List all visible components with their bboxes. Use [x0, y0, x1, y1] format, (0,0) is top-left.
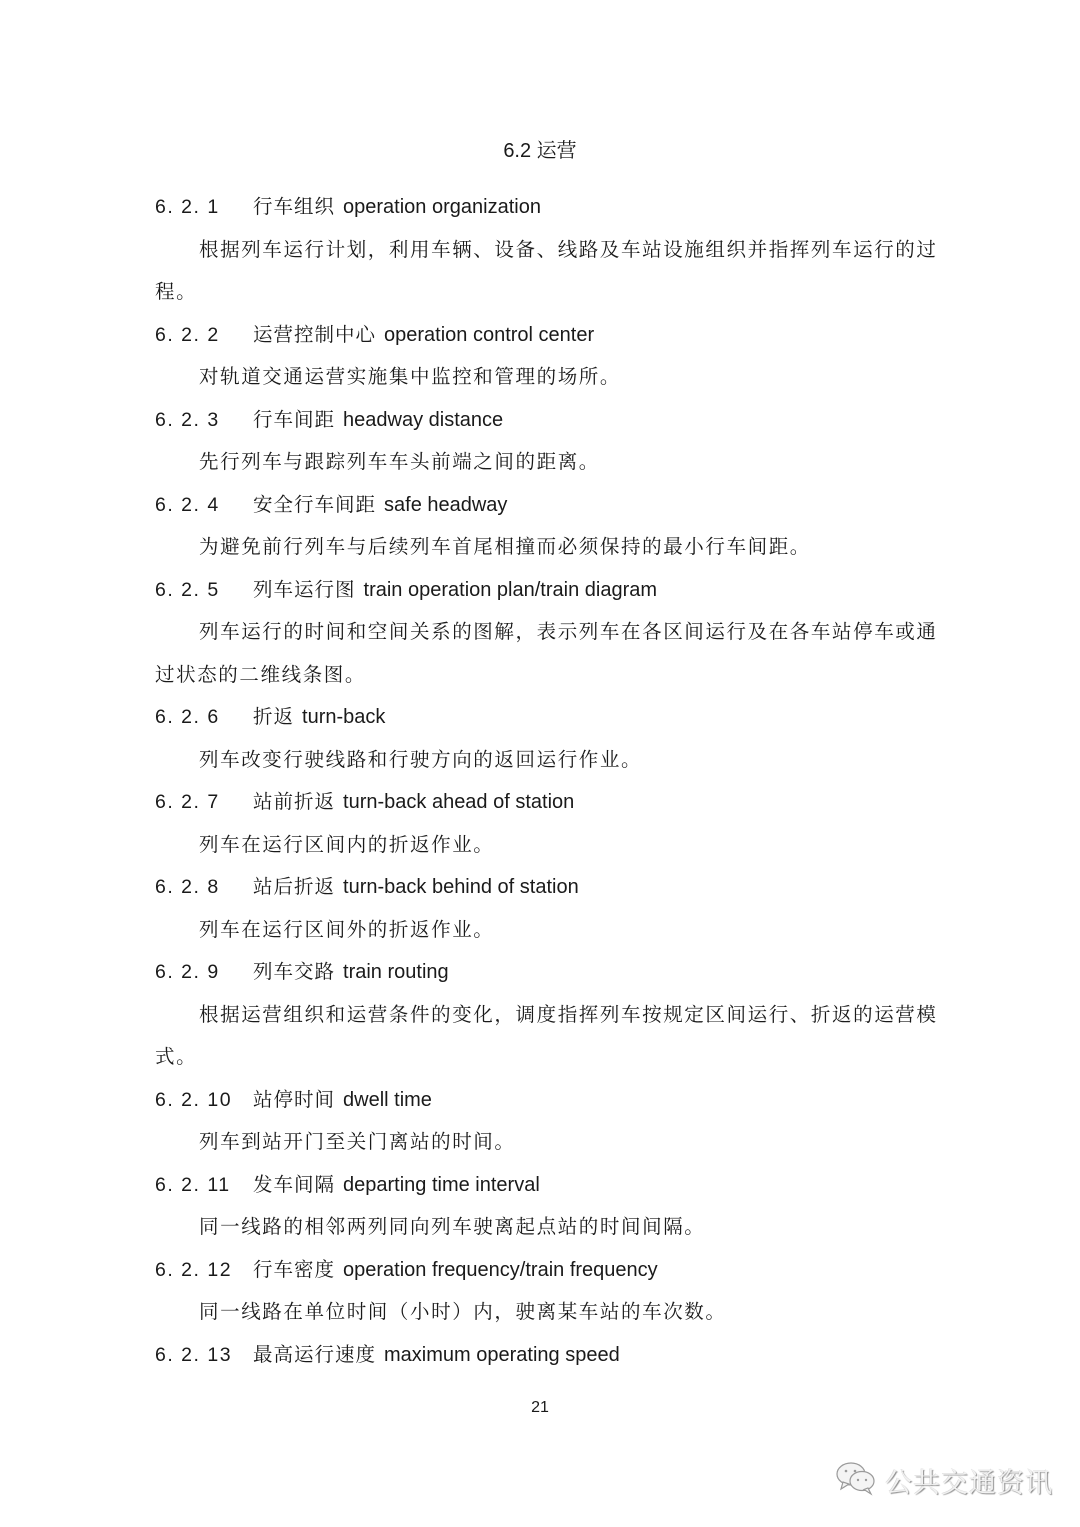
term-chinese: 发车间隔	[253, 1173, 335, 1196]
term-english: turn-back ahead of station	[343, 791, 574, 813]
term-english: maximum operating speed	[384, 1344, 620, 1366]
term-number: 6. 2. 3	[155, 406, 253, 434]
term-chinese: 列车交路	[253, 960, 335, 983]
term-english: train routing	[343, 961, 449, 983]
section-title: 6.2 运营	[0, 138, 1080, 164]
term-definition: 列车改变行驶线路和行驶方向的返回运行作业。	[155, 739, 945, 782]
term-chinese: 站后折返	[253, 875, 335, 898]
term-number: 6. 2. 1	[155, 193, 253, 221]
term-definition: 对轨道交通运营实施集中监控和管理的场所。	[155, 356, 945, 399]
term-chinese: 行车密度	[253, 1258, 335, 1281]
term-list: 6. 2. 1行车组织operation organization 根据列车运行…	[155, 193, 945, 1383]
wechat-icon	[835, 1460, 877, 1500]
term-english: turn-back behind of station	[343, 876, 579, 898]
term-chinese: 运营控制中心	[253, 323, 376, 346]
term-definition: 同一线路在单位时间（小时）内，驶离某车站的车次数。	[155, 1291, 945, 1334]
watermark-text: 公共交通资讯	[885, 1461, 1053, 1500]
term-chinese: 最高运行速度	[253, 1343, 376, 1366]
term-number: 6. 2. 8	[155, 873, 253, 901]
term-heading: 6. 2. 13最高运行速度maximum operating speed	[155, 1341, 945, 1384]
term-definition: 列车到站开门至关门离站的时间。	[155, 1121, 945, 1164]
term-number: 6. 2. 6	[155, 703, 253, 731]
term-number: 6. 2. 9	[155, 958, 253, 986]
term-definition: 根据运营组织和运营条件的变化，调度指挥列车按规定区间运行、折返的运营模式。	[155, 994, 945, 1079]
term-definition: 为避免前行列车与后续列车首尾相撞而必须保持的最小行车间距。	[155, 526, 945, 569]
term-definition: 根据列车运行计划，利用车辆、设备、线路及车站设施组织并指挥列车运行的过程。	[155, 229, 945, 314]
term-number: 6. 2. 13	[155, 1341, 253, 1369]
term-definition: 同一线路的相邻两列同向列车驶离起点站的时间间隔。	[155, 1206, 945, 1249]
term-chinese: 折返	[253, 705, 294, 728]
term-chinese: 行车间距	[253, 408, 335, 431]
term-chinese: 安全行车间距	[253, 493, 376, 516]
term-english: turn-back	[302, 706, 385, 728]
watermark: 公共交通资讯	[835, 1455, 1053, 1505]
term-number: 6. 2. 10	[155, 1086, 253, 1114]
term-number: 6. 2. 11	[155, 1171, 253, 1199]
term-chinese: 站停时间	[253, 1088, 335, 1111]
term-english: operation control center	[384, 324, 594, 346]
term-english: dwell time	[343, 1089, 432, 1111]
term-number: 6. 2. 4	[155, 491, 253, 519]
term-number: 6. 2. 12	[155, 1256, 253, 1284]
page-number: 21	[0, 1399, 1080, 1417]
term-chinese: 站前折返	[253, 790, 335, 813]
term-definition: 列车在运行区间外的折返作业。	[155, 909, 945, 952]
term-number: 6. 2. 2	[155, 321, 253, 349]
term-definition: 先行列车与跟踪列车车头前端之间的距离。	[155, 441, 945, 484]
term-english: operation frequency/train frequency	[343, 1259, 658, 1281]
term-english: operation organization	[343, 196, 541, 218]
term-english: safe headway	[384, 494, 507, 516]
term-chinese: 行车组织	[253, 195, 335, 218]
term-english: headway distance	[343, 409, 503, 431]
term-english: train operation plan/train diagram	[364, 579, 658, 601]
term-number: 6. 2. 5	[155, 576, 253, 604]
term-english: departing time interval	[343, 1174, 540, 1196]
term-chinese: 列车运行图	[253, 578, 356, 601]
term-definition: 列车在运行区间内的折返作业。	[155, 824, 945, 867]
term-definition: 列车运行的时间和空间关系的图解，表示列车在各区间运行及在各车站停车或通过状态的二…	[155, 611, 945, 696]
term-number: 6. 2. 7	[155, 788, 253, 816]
